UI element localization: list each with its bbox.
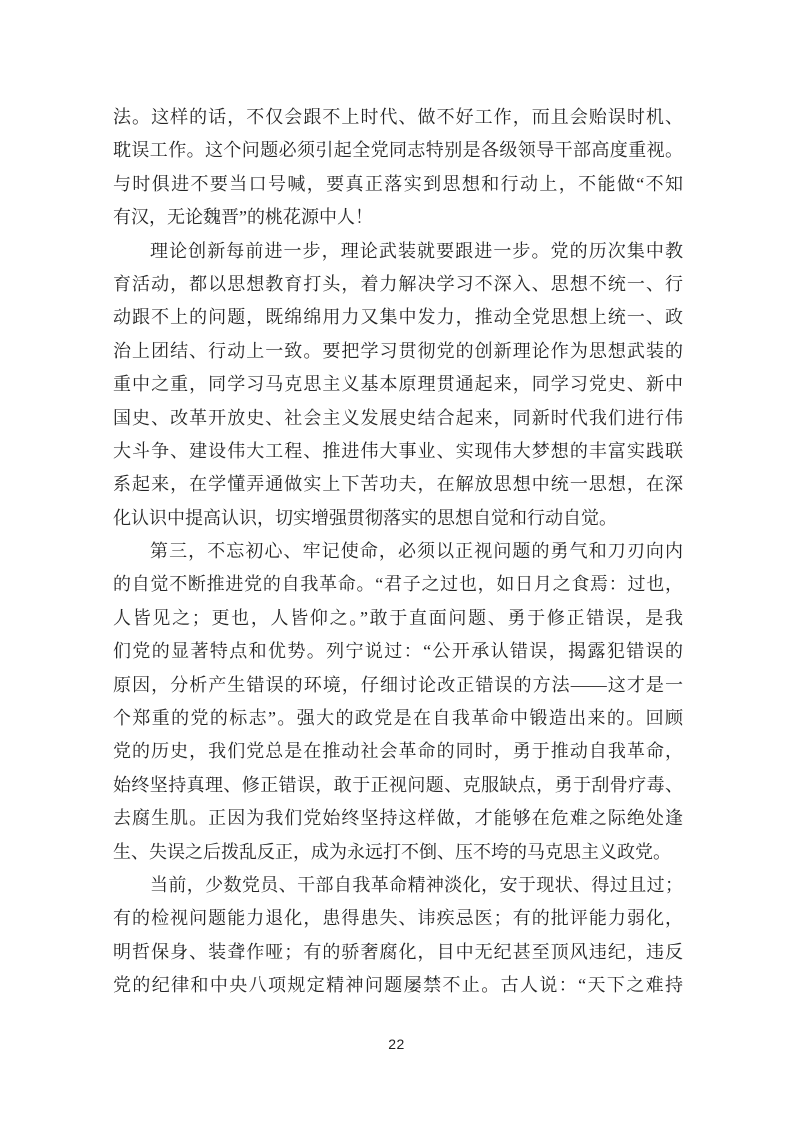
text-line: 去腐生肌。正因为我们党始终坚持这样做，才能够在危难之际绝处逢 (113, 802, 683, 835)
text-line: 系起来，在学懂弄通做实上下苦功夫，在解放思想中统一思想，在深 (113, 468, 683, 501)
text-line: 化认识中提高认识，切实增强贯彻落实的思想自觉和行动自觉。 (113, 502, 683, 535)
text-line: 大斗争、建设伟大工程、推进伟大事业、实现伟大梦想的丰富实践联 (113, 435, 683, 468)
text-line: 始终坚持真理、修正错误，敢于正视问题、克服缺点，勇于刮骨疗毒、 (113, 769, 683, 802)
text-line: 们党的显著特点和优势。列宁说过：“公开承认错误，揭露犯错误的 (113, 635, 683, 668)
text-line: 动跟不上的问题，既绵绵用力又集中发力，推动全党思想上统一、政 (113, 301, 683, 334)
text-line: 与时俱进不要当口号喊，要真正落实到思想和行动上，不能做“不知 (113, 168, 683, 201)
text-line: 原因，分析产生错误的环境，仔细讨论改正错误的方法——这才是一 (113, 669, 683, 702)
paragraph: 当前，少数党员、干部自我革命精神淡化，安于现状、得过且过；有的检视问题能力退化，… (113, 869, 683, 1003)
text-line: 育活动，都以思想教育打头，着力解决学习不深入、思想不统一、行 (113, 268, 683, 301)
text-block: 法。这样的话，不仅会跟不上时代、做不好工作，而且会贻误时机、耽误工作。这个问题必… (113, 101, 683, 1003)
paragraph: 理论创新每前进一步，理论武装就要跟进一步。党的历次集中教育活动，都以思想教育打头… (113, 235, 683, 536)
page-footer: 22 (0, 1036, 793, 1054)
text-line: 法。这样的话，不仅会跟不上时代、做不好工作，而且会贻误时机、 (113, 101, 683, 134)
paragraph: 第三，不忘初心、牢记使命，必须以正视问题的勇气和刀刃向内的自觉不断推进党的自我革… (113, 535, 683, 869)
text-line: 党的纪律和中央八项规定精神问题屡禁不止。古人说：“天下之难持 (113, 969, 683, 1002)
text-line: 个郑重的党的标志”。强大的政党是在自我革命中锻造出来的。回顾 (113, 702, 683, 735)
text-line: 治上团结、行动上一致。要把学习贯彻党的创新理论作为思想武装的 (113, 335, 683, 368)
paragraph: 法。这样的话，不仅会跟不上时代、做不好工作，而且会贻误时机、耽误工作。这个问题必… (113, 101, 683, 235)
text-line: 理论创新每前进一步，理论武装就要跟进一步。党的历次集中教 (113, 235, 683, 268)
page-number: 22 (388, 1036, 405, 1052)
text-line: 国史、改革开放史、社会主义发展史结合起来，同新时代我们进行伟 (113, 402, 683, 435)
text-line: 生、失误之后拨乱反正，成为永远打不倒、压不垮的马克思主义政党。 (113, 836, 683, 869)
text-line: 的自觉不断推进党的自我革命。“君子之过也，如日月之食焉：过也， (113, 568, 683, 601)
text-line: 重中之重，同学习马克思主义基本原理贯通起来，同学习党史、新中 (113, 368, 683, 401)
text-line: 明哲保身、装聋作哑；有的骄奢腐化，目中无纪甚至顶风违纪，违反 (113, 936, 683, 969)
text-line: 第三，不忘初心、牢记使命，必须以正视问题的勇气和刀刃向内 (113, 535, 683, 568)
text-line: 有汉，无论魏晋”的桃花源中人！ (113, 201, 683, 234)
text-line: 有的检视问题能力退化，患得患失、讳疾忌医；有的批评能力弱化， (113, 902, 683, 935)
text-line: 当前，少数党员、干部自我革命精神淡化，安于现状、得过且过； (113, 869, 683, 902)
document-page: 法。这样的话，不仅会跟不上时代、做不好工作，而且会贻误时机、耽误工作。这个问题必… (0, 0, 793, 1122)
text-line: 耽误工作。这个问题必须引起全党同志特别是各级领导干部高度重视。 (113, 134, 683, 167)
text-line: 党的历史，我们党总是在推动社会革命的同时，勇于推动自我革命， (113, 735, 683, 768)
text-line: 人皆见之；更也，人皆仰之。”敢于直面问题、勇于修正错误，是我 (113, 602, 683, 635)
